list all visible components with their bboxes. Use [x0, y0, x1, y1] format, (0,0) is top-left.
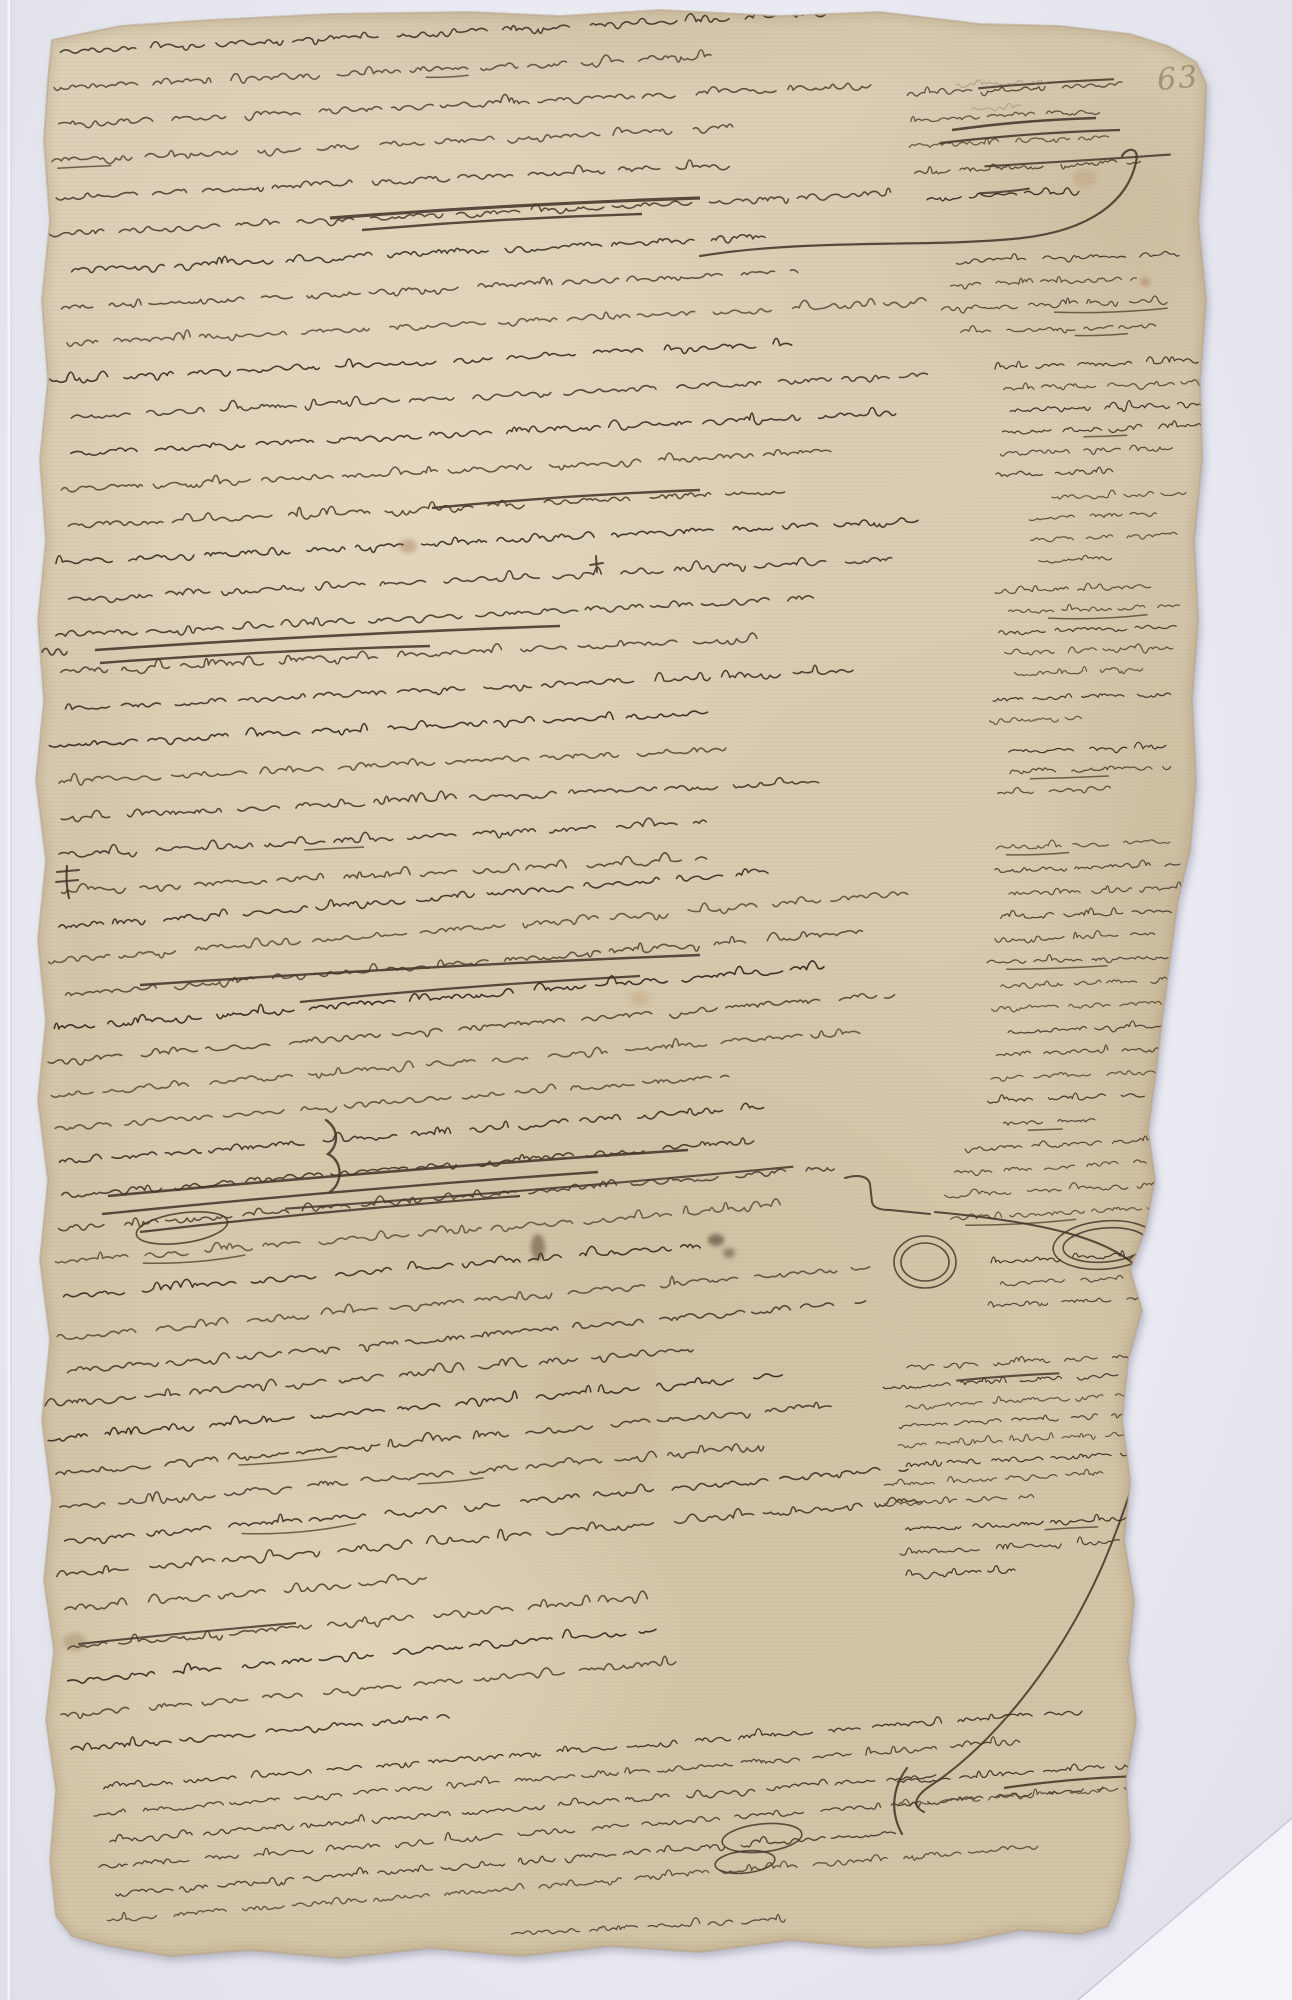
scan-background: 63 [0, 0, 1292, 2000]
manuscript-svg: 63 [0, 0, 1292, 2000]
page-number: 63 [1156, 59, 1201, 98]
ink-flourish [596, 556, 597, 572]
